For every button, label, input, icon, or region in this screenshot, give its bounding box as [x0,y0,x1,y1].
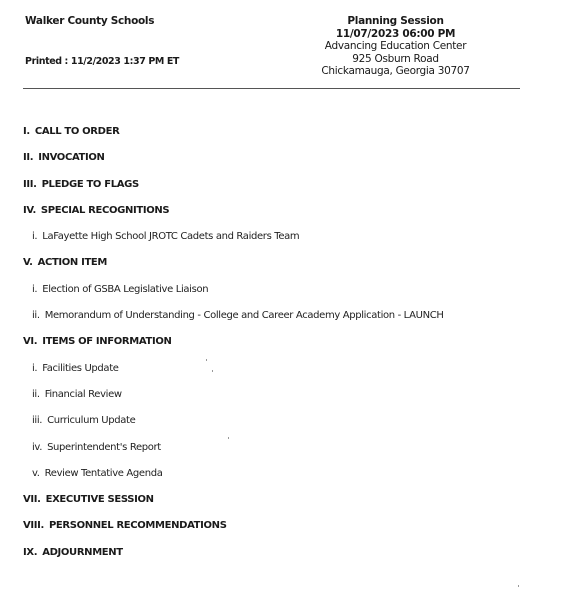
organization-name: Walker County Schools [25,15,154,27]
meeting-info: Planning Session 11/07/2023 06:00 PM Adv… [318,15,473,78]
agenda-item-number: ii. [32,387,40,403]
agenda-item: VI.ITEMS OF INFORMATION [0,334,573,360]
agenda-list: I.CALL TO ORDERII.INVOCATIONIII.PLEDGE T… [0,124,573,571]
agenda-item-number: ii. [32,308,40,324]
address-line-1: 925 Osburn Road [318,53,473,66]
agenda-item: VIII.PERSONNEL RECOMMENDATIONS [0,518,573,544]
meeting-type: Planning Session [318,15,473,28]
agenda-subitem: v.Review Tentative Agenda [0,466,573,492]
agenda-item-number: i. [32,229,37,245]
agenda-item-number: II. [23,150,33,166]
scan-speck [206,359,207,361]
agenda-item-label: CALL TO ORDER [35,126,120,137]
agenda-item-number: v. [32,466,40,482]
agenda-item: II.INVOCATION [0,150,573,176]
agenda-item: IV.SPECIAL RECOGNITIONS [0,203,573,229]
agenda-subitem: i.Facilities Update [0,361,573,387]
agenda-subitem: ii.Financial Review [0,387,573,413]
agenda-item-label: Memorandum of Understanding - College an… [45,310,444,321]
agenda-item-number: VIII. [23,518,44,534]
agenda-item-label: ADJOURNMENT [42,547,123,558]
agenda-item: VII.EXECUTIVE SESSION [0,492,573,518]
agenda-item-number: VI. [23,334,37,350]
scan-speck [518,585,519,587]
agenda-item-label: INVOCATION [38,152,104,163]
agenda-item-number: IV. [23,203,36,219]
agenda-item-number: IX. [23,545,37,561]
agenda-item-label: SPECIAL RECOGNITIONS [41,205,169,216]
printed-timestamp: Printed : 11/2/2023 1:37 PM ET [25,56,179,67]
agenda-item-number: I. [23,124,30,140]
agenda-subitem: i.Election of GSBA Legislative Liaison [0,282,573,308]
scan-speck [228,437,229,439]
agenda-item-label: Financial Review [45,389,122,400]
agenda-item-number: VII. [23,492,41,508]
agenda-subitem: ii.Memorandum of Understanding - College… [0,308,573,334]
agenda-item-number: i. [32,361,37,377]
agenda-item-number: i. [32,282,37,298]
agenda-item-number: iii. [32,413,42,429]
agenda-subitem: iv.Superintendent's Report [0,440,573,466]
agenda-item-label: Election of GSBA Legislative Liaison [42,284,208,295]
location-name: Advancing Education Center [318,40,473,53]
agenda-subitem: i.LaFayette High School JROTC Cadets and… [0,229,573,255]
agenda-item-label: PLEDGE TO FLAGS [42,179,139,190]
header-divider [23,88,520,89]
agenda-item-number: III. [23,177,37,193]
meeting-datetime: 11/07/2023 06:00 PM [318,28,473,41]
address-line-2: Chickamauga, Georgia 30707 [318,65,473,78]
agenda-item: IX.ADJOURNMENT [0,545,573,571]
agenda-item: I.CALL TO ORDER [0,124,573,150]
agenda-item: V.ACTION ITEM [0,255,573,281]
agenda-item-label: ACTION ITEM [38,257,107,268]
agenda-item-label: EXECUTIVE SESSION [46,494,154,505]
agenda-item-label: ITEMS OF INFORMATION [42,336,171,347]
agenda-item-label: Superintendent's Report [47,442,161,453]
agenda-item: III.PLEDGE TO FLAGS [0,177,573,203]
agenda-item-label: Facilities Update [42,363,118,374]
agenda-item-label: LaFayette High School JROTC Cadets and R… [42,231,299,242]
agenda-item-label: Curriculum Update [47,415,135,426]
scan-speck [212,370,213,372]
agenda-item-number: iv. [32,440,42,456]
agenda-item-label: Review Tentative Agenda [45,468,163,479]
agenda-subitem: iii.Curriculum Update [0,413,573,439]
agenda-item-number: V. [23,255,33,271]
agenda-item-label: PERSONNEL RECOMMENDATIONS [49,520,227,531]
